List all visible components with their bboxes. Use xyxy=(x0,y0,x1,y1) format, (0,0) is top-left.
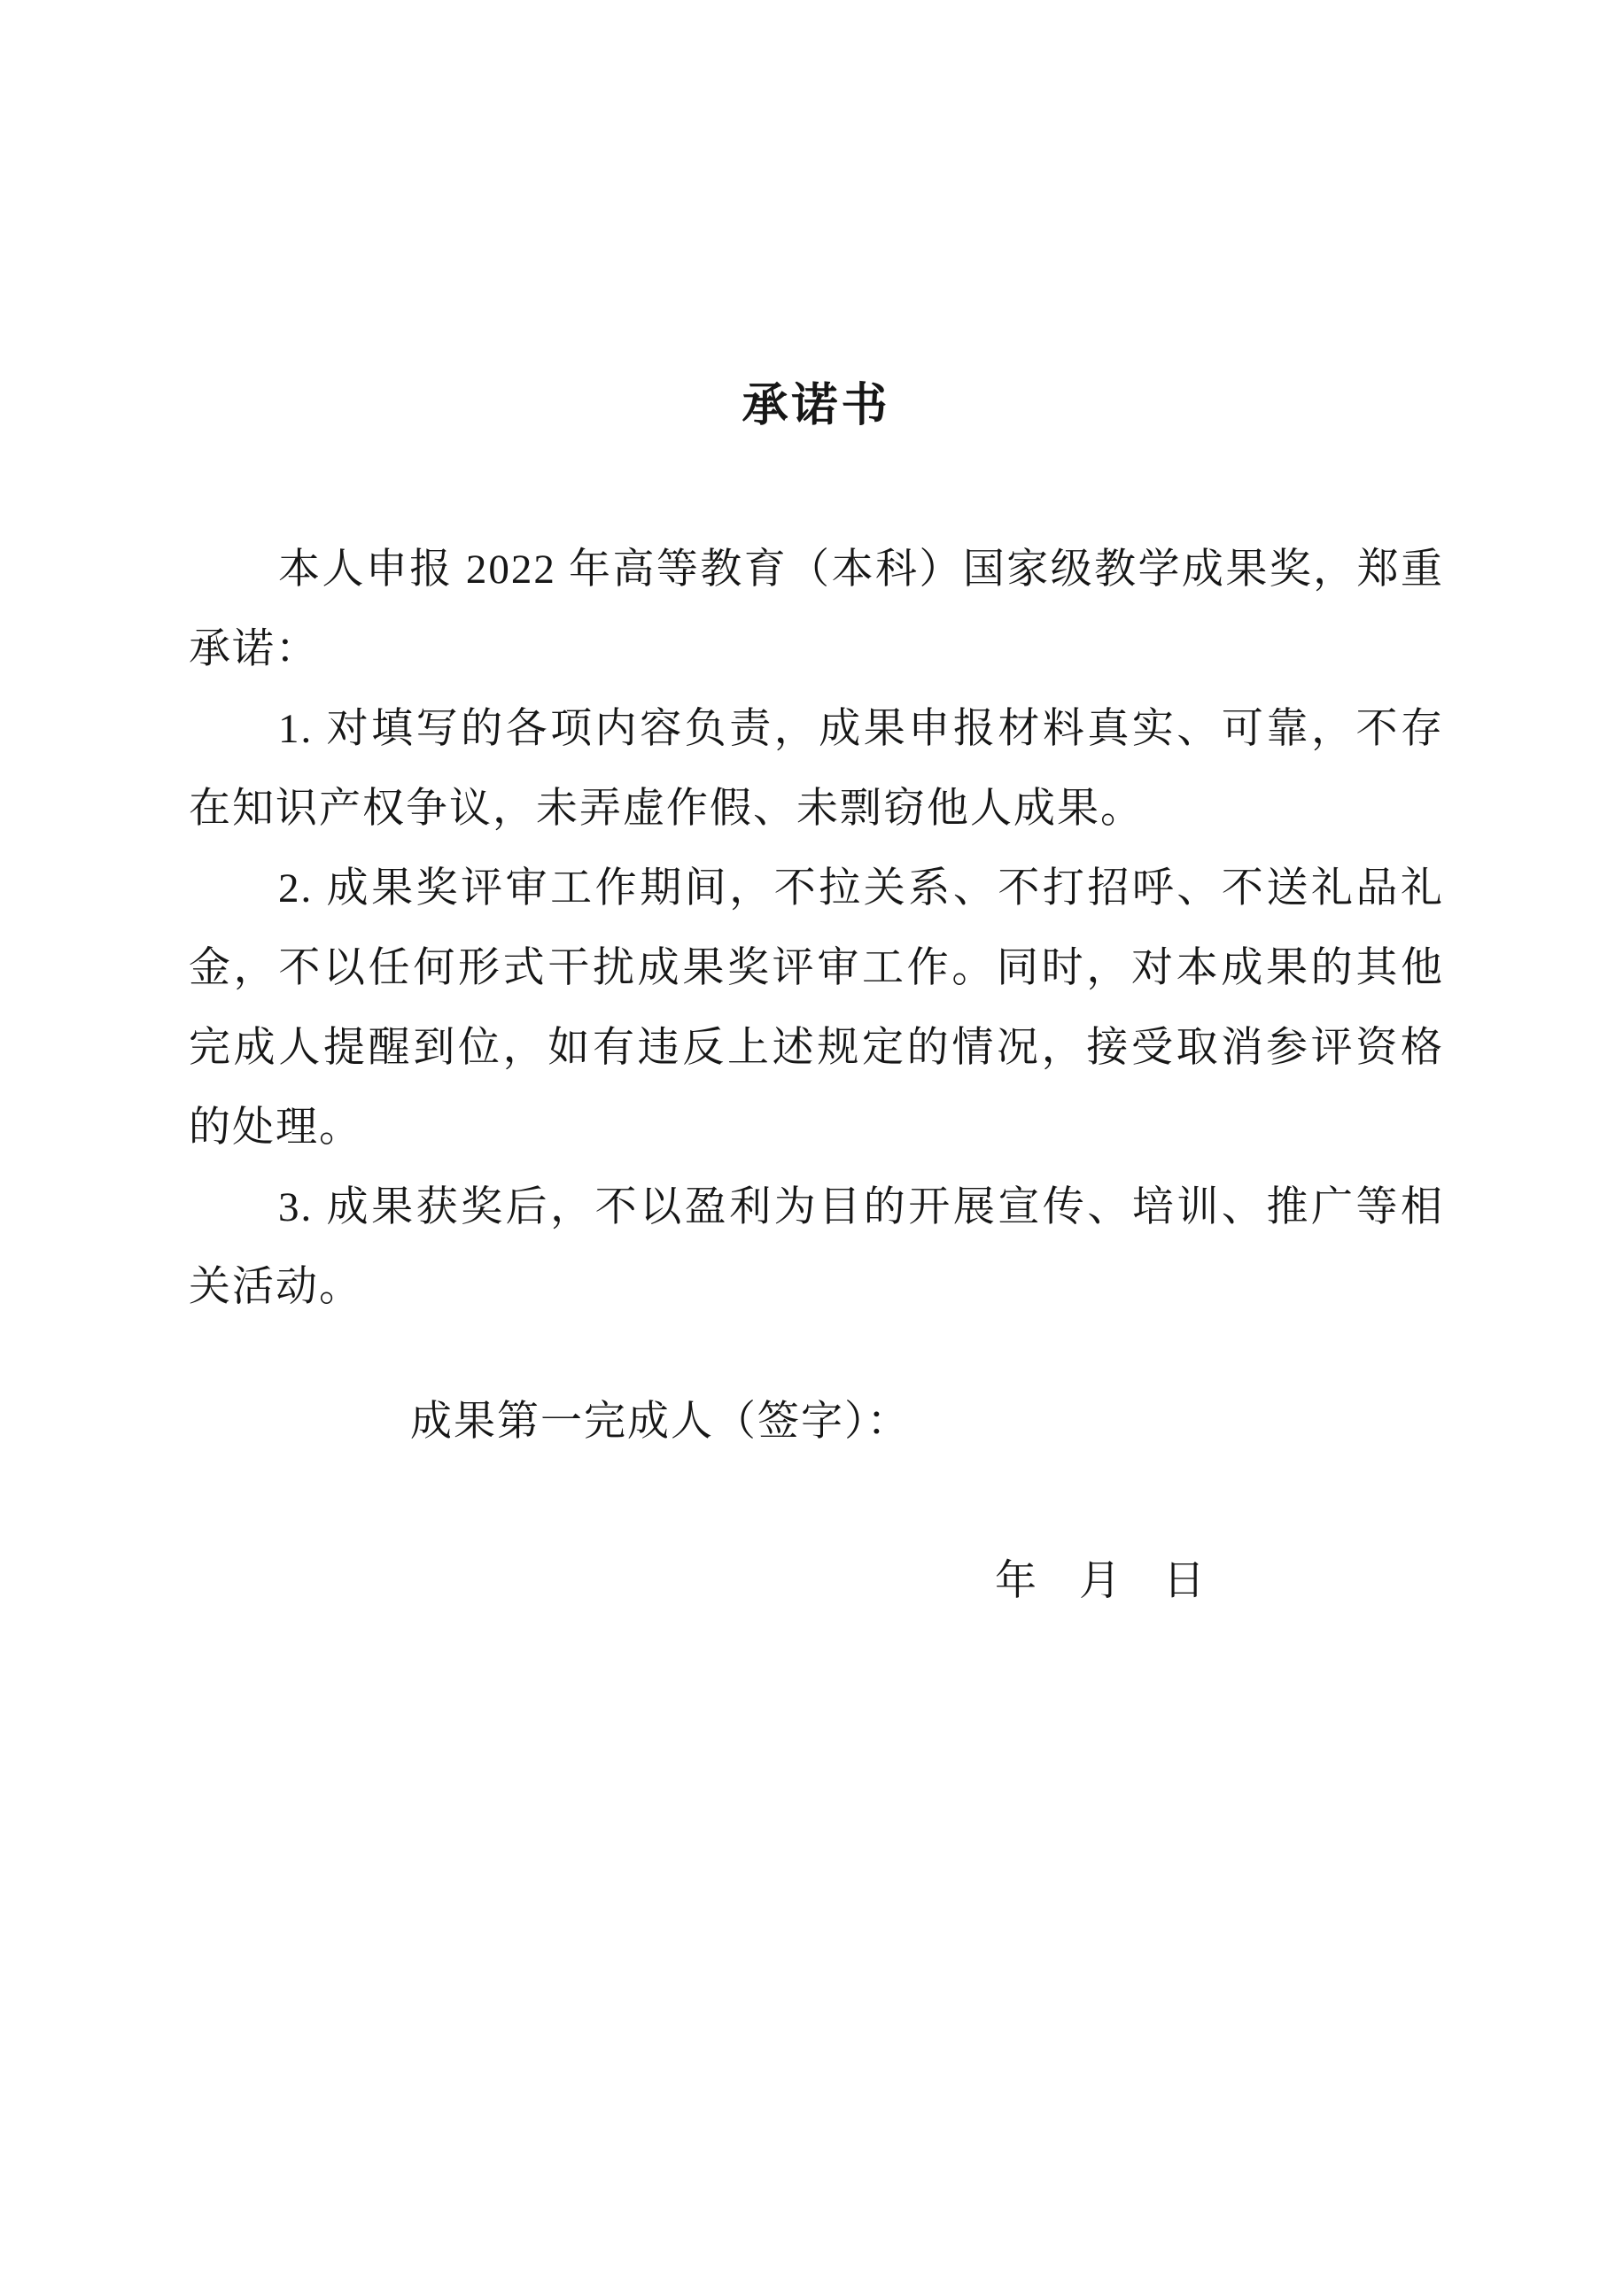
date-day: 日 xyxy=(1163,1541,1205,1621)
paragraph-item-3: 3. 成果获奖后，不以盈利为目的开展宣传、培训、推广等相关活动。 xyxy=(189,1167,1444,1327)
date-year: 年 xyxy=(995,1541,1037,1621)
paragraph-item-2: 2. 成果奖评审工作期间，不拉关系、不打招呼、不送礼品礼金，不以任何形式干扰成果… xyxy=(189,849,1444,1167)
signature-label: 成果第一完成人（签字）： xyxy=(410,1399,911,1445)
date-month: 月 xyxy=(1079,1541,1121,1621)
paragraph-intro: 本人申报 2022 年高等教育（本科）国家级教学成果奖，郑重承诺： xyxy=(189,530,1444,689)
paragraph-item-1: 1. 对填写的各项内容负责，成果申报材料真实、可靠，不存在知识产权争议，未弄虚作… xyxy=(189,689,1444,849)
date-line: 年 月 日 xyxy=(189,1541,1444,1621)
document-body: 本人申报 2022 年高等教育（本科）国家级教学成果奖，郑重承诺： 1. 对填写… xyxy=(189,530,1444,1327)
document-page: 承诺书 本人申报 2022 年高等教育（本科）国家级教学成果奖，郑重承诺： 1.… xyxy=(0,0,1623,2296)
document-title: 承诺书 xyxy=(189,381,1444,430)
signature-line: 成果第一完成人（签字）： xyxy=(189,1382,1444,1462)
